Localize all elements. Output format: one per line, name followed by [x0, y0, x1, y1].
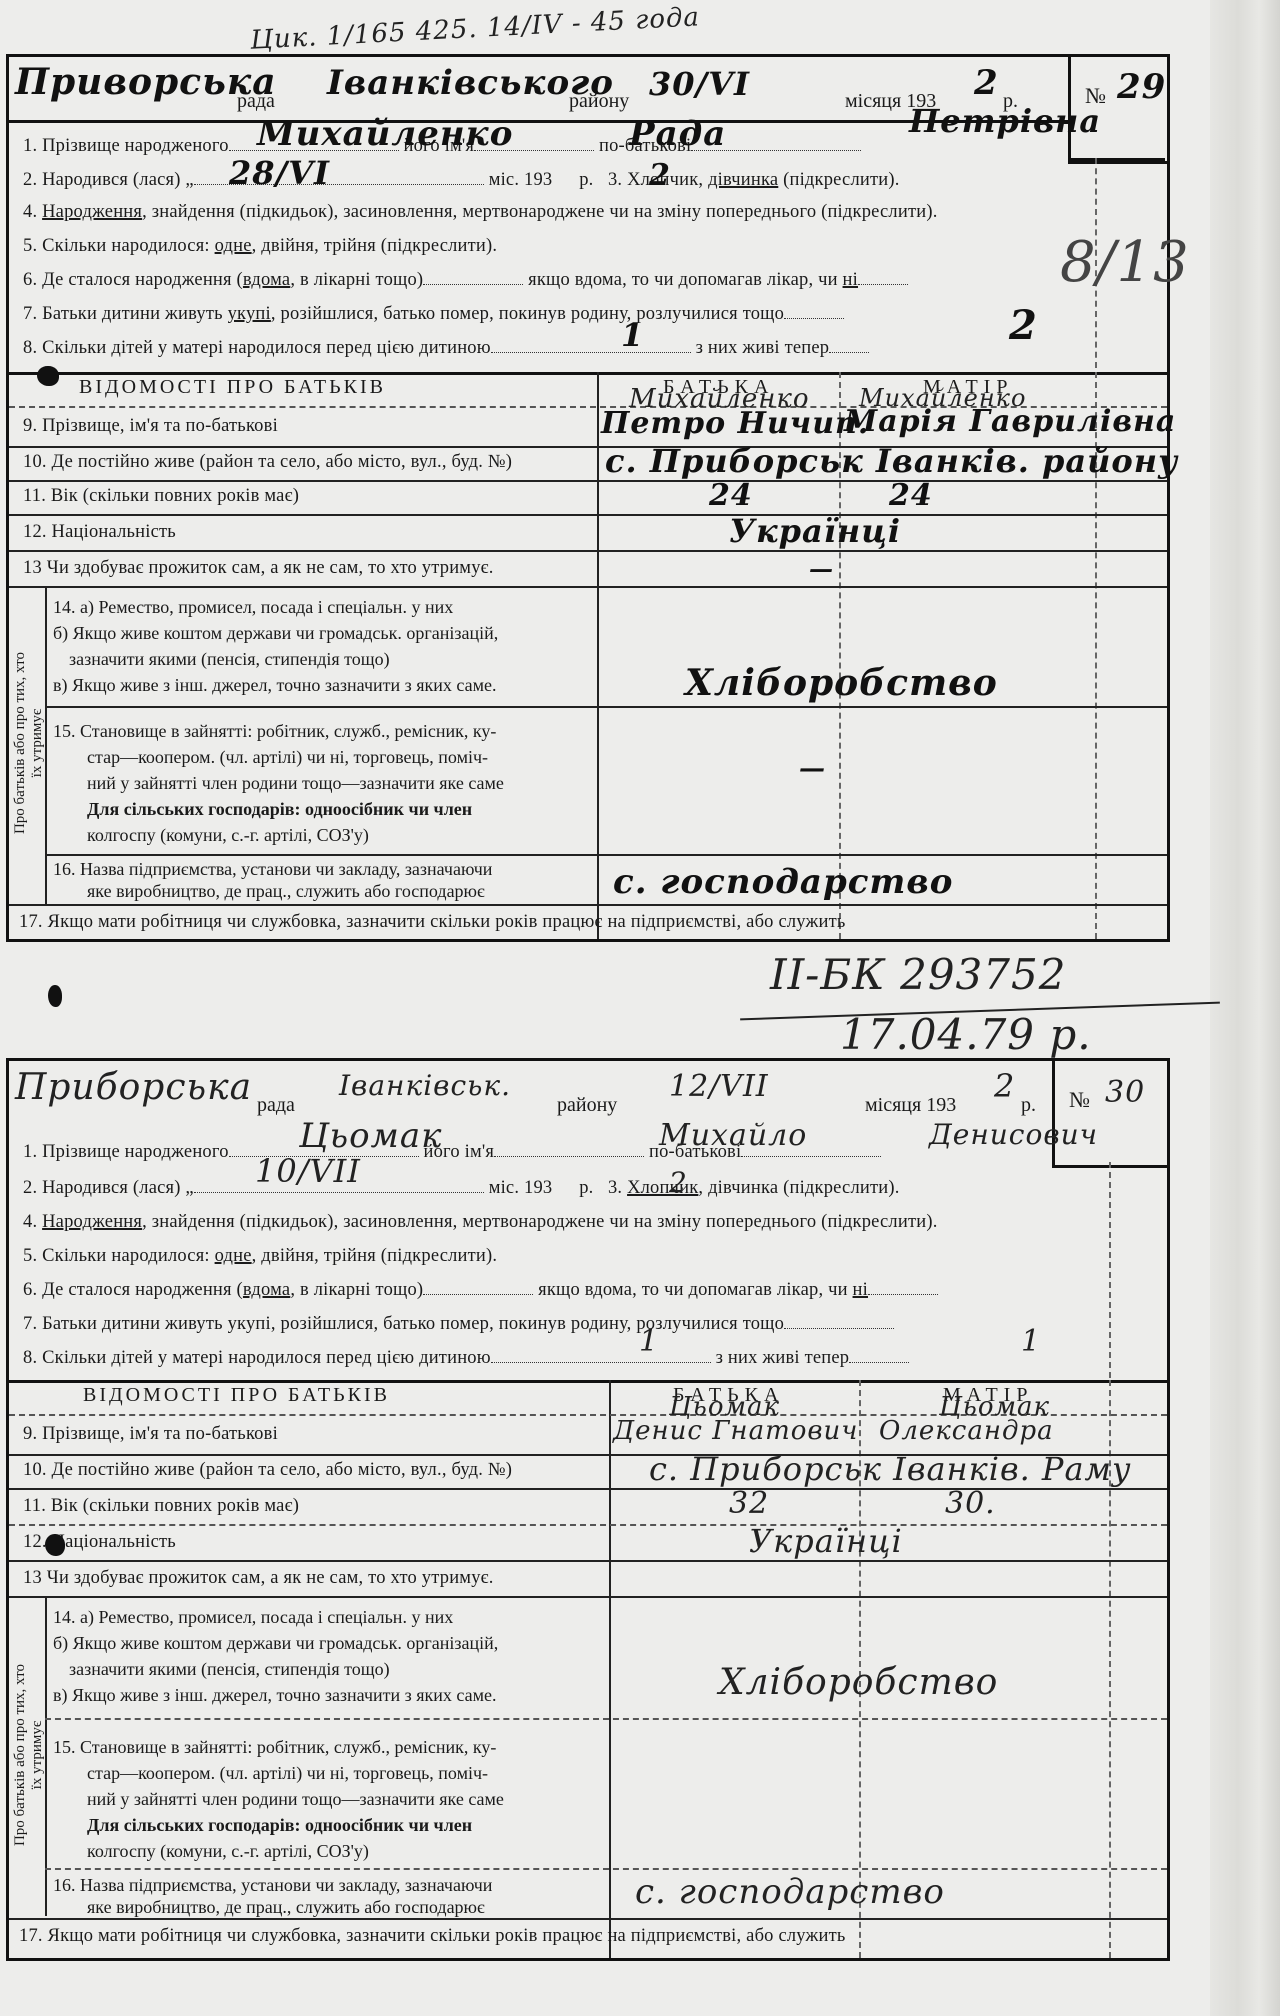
q15-line3: ний у зайнятті член родини тощо—зазначит…	[53, 770, 593, 796]
nationality: Українці	[749, 1522, 903, 1560]
side-label: Про батьків або про тих, хто їх утримує	[12, 583, 46, 903]
date-value: 12/VII	[669, 1069, 769, 1104]
q4-row: 4. Народження, знайдення (підкидьок), за…	[23, 202, 938, 223]
q7-rest: , розійшлися, батько помер, покинув роди…	[271, 304, 784, 324]
q7-together-underlined: укупі	[228, 304, 271, 324]
q15-line5: колгоспу (комуни, с.-г. артілі, СОЗ'у)	[53, 1838, 603, 1864]
q7-prefix: Батьки дитини живуть	[42, 1314, 223, 1334]
form-record-30: Приборська рада Іванківськ. району 12/VI…	[6, 1058, 1170, 1961]
q14-block: 14. а) Ремество, промисел, посада і спец…	[53, 1604, 603, 1708]
q2-row: 2. Народився (лася) „ міс. 193 р. 3. Хло…	[23, 170, 900, 191]
q11-row: 11. Вік (скільки повних років має)	[23, 486, 299, 507]
q12-row: 12. Національність	[23, 522, 176, 543]
q1-surname-label: 1. Прізвище народженого	[23, 136, 229, 156]
q5-rest: , двійня, трійня (підкреслити).	[252, 236, 498, 256]
side-label-line1: Про батьків або про тих, хто	[12, 1595, 29, 1915]
q3-girl: дівчинка	[708, 1178, 778, 1198]
q6-num: 6.	[23, 1280, 37, 1300]
col-divider	[609, 1380, 611, 1958]
child-name: Михайло	[659, 1118, 807, 1153]
form-record-29: Приворська рада Іванківського району 30/…	[6, 54, 1170, 942]
divider	[45, 1718, 1167, 1720]
birth-year-digit: 2	[669, 1166, 688, 1199]
month-year-label: місяця 193	[865, 1094, 956, 1117]
raion-label: району	[569, 90, 629, 113]
margin-annotation: 8/13	[1060, 230, 1190, 295]
child-surname: Михайленко	[257, 114, 513, 154]
q5-num: 5.	[23, 236, 37, 256]
q16-line1: 16. Назва підприємства, установи чи закл…	[53, 858, 593, 880]
certificate-date: 17.04.79 р.	[840, 1010, 1092, 1059]
q13-row: 13 Чи здобуває прожиток сам, а як не сам…	[23, 558, 494, 579]
birth-date: 28/VI	[229, 154, 330, 192]
q15-mark: —	[799, 754, 826, 784]
q6-no-underlined: ні	[843, 270, 858, 290]
q5-row: 5. Скільки народилося: одне, двійня, трі…	[23, 236, 497, 257]
divider	[9, 1380, 1167, 1383]
q10-row: 10. Де постійно живе (район та село, або…	[23, 452, 512, 473]
q9-row: 9. Прізвище, ім'я та по-батькові	[23, 416, 278, 437]
divider	[9, 1524, 1167, 1526]
q5-one-underlined: одне	[215, 236, 252, 256]
q2-suffix: р.	[579, 170, 593, 190]
q2-label: 2. Народився (лася)	[23, 170, 181, 190]
record-number-box: № 30	[1052, 1058, 1167, 1168]
workplace: с. господарство	[613, 862, 953, 902]
q8-before-value: 1	[621, 316, 644, 354]
nationality: Українці	[729, 512, 901, 550]
q15-block: 15. Становище в зайнятті: робітник, служ…	[53, 718, 593, 848]
q2-month-label: міс. 193	[489, 1178, 553, 1198]
divider	[9, 1596, 1167, 1598]
father-age: 32	[729, 1486, 769, 1521]
q8-before-value: 1	[639, 1324, 659, 1359]
record-number: 30	[1105, 1075, 1145, 1110]
q6-tail: якщо вдома, то чи допомагав лікар, чи	[538, 1280, 848, 1300]
q14b-line2: зазначити якими (пенсія, стипендія тощо)	[53, 1656, 603, 1682]
q4-rest: , знайдення (підкидьок), засиновлення, м…	[142, 1212, 937, 1232]
q3-tail: (підкреслити).	[783, 1178, 899, 1198]
divider	[9, 904, 1167, 906]
number-label: №	[1069, 1087, 1090, 1113]
q14b-line2: зазначити якими (пенсія, стипендія тощо)	[53, 646, 593, 672]
q14a: 14. а) Ремество, промисел, посада і спец…	[53, 1604, 603, 1630]
birth-year-digit: 2	[649, 158, 671, 193]
q14b-line1: б) Якщо живе коштом держави чи громадськ…	[53, 1630, 603, 1656]
q7-row: 7. Батьки дитини живуть укупі, розійшлис…	[23, 1314, 894, 1335]
q14c: в) Якщо живе з інш. джерел, точно зазнач…	[53, 672, 593, 698]
q14b-line1: б) Якщо живе коштом держави чи громадськ…	[53, 620, 593, 646]
q2-row: 2. Народився (лася) „ міс. 193 р. 3. Хло…	[23, 1178, 900, 1199]
q4-num: 4.	[23, 202, 37, 222]
ink-blot	[45, 1534, 65, 1556]
divider	[45, 706, 1167, 708]
q6-tail: якщо вдома, то чи допомагав лікар, чи	[528, 270, 838, 290]
q5-prefix: Скільки народилося:	[42, 236, 210, 256]
q6-num: 6.	[23, 270, 37, 290]
q2-label: 2. Народився (лася)	[23, 1178, 181, 1198]
birth-date: 10/VII	[255, 1152, 361, 1190]
q6-mid: , в лікарні тощо)	[290, 1280, 423, 1300]
divider	[9, 1918, 1167, 1920]
q14a: 14. а) Ремество, промисел, посада і спец…	[53, 594, 593, 620]
residence: с. Приборськ Іванків. Раму	[649, 1450, 1132, 1488]
q16-line2: яке виробництво, де прац., служить або г…	[53, 1896, 603, 1918]
mother-name: Марія Гаврилівна	[844, 404, 1176, 439]
q3-label: 3.	[608, 170, 622, 190]
q6-prefix: Де сталося народження (	[42, 270, 243, 290]
form-header: Приборська рада Іванківськ. району 12/VI…	[9, 1058, 1069, 1129]
q8-label: 8. Скільки дітей у матері народилося пер…	[23, 1348, 491, 1368]
q1-surname-label: 1. Прізвище народженого	[23, 1142, 229, 1162]
father-age: 24	[709, 478, 753, 513]
q2-month-label: міс. 193	[489, 170, 553, 190]
q3-label: 3.	[608, 1178, 622, 1198]
side-label: Про батьків або про тих, хто їх утримує	[12, 1595, 46, 1915]
q6-row: 6. Де сталося народження (вдома, в лікар…	[23, 270, 908, 291]
q16-line2: яке виробництво, де прац., служить або г…	[53, 880, 593, 902]
divider	[1109, 1162, 1111, 1378]
mother-age: 30.	[945, 1486, 996, 1521]
mother-name: Олександра	[879, 1416, 1054, 1446]
top-annotation: Цик. 1/165 425. 14/IV - 45 года	[250, 2, 701, 56]
year-digit: 2	[994, 1067, 1015, 1105]
divider	[9, 550, 1167, 552]
record-number: 29	[1117, 67, 1166, 107]
q15-block: 15. Становище в зайнятті: робітник, служ…	[53, 1734, 603, 1864]
raion-label: району	[557, 1094, 617, 1117]
q15-line3: ний у зайнятті член родини тощо—зазначит…	[53, 1786, 603, 1812]
q14-block: 14. а) Ремество, промисел, посада і спец…	[53, 594, 593, 698]
certificate-number: ІІ-БК 293752	[770, 950, 1066, 999]
divider	[9, 586, 1167, 588]
q6-home-underlined: вдома	[243, 270, 290, 290]
q6-home-underlined: вдома	[243, 1280, 290, 1300]
section-title: ВІДОМОСТІ ПРО БАТЬКІВ	[83, 1384, 390, 1407]
q4-row: 4. Народження, знайдення (підкидьок), за…	[23, 1212, 938, 1233]
year-digit: 2	[974, 63, 999, 103]
q15-line2: стар—коопером. (чл. артілі) чи ні, торго…	[53, 744, 593, 770]
q7-row: 7. Батьки дитини живуть укупі, розійшлис…	[23, 304, 844, 325]
q17-row: 17. Якщо мати робітниця чи службовка, за…	[19, 1926, 846, 1947]
workplace: с. господарство	[635, 1872, 945, 1912]
q15-line4: Для сільських господарів: одноосібник чи…	[53, 1812, 603, 1838]
q7-prefix: Батьки дитини живуть	[42, 304, 223, 324]
q3-girl-underlined: дівчинка	[708, 170, 778, 190]
rada-label: рада	[257, 1094, 295, 1117]
father-name: Петро Ничип.	[601, 406, 869, 441]
child-name: Рада	[629, 114, 726, 154]
q16-block: 16. Назва підприємства, установи чи закл…	[53, 1870, 603, 1918]
q15-line4: Для сільських господарів: одноосібник чи…	[53, 796, 593, 822]
divider	[9, 480, 1167, 482]
father-name: Денис Гнатович	[613, 1416, 858, 1446]
q8-row: 8. Скільки дітей у матері народилося пер…	[23, 338, 869, 359]
q8-alive-label: з них живі тепер	[696, 338, 830, 358]
q5-row: 5. Скільки народилося: одне, двійня, трі…	[23, 1246, 497, 1267]
rada-label: рада	[237, 90, 275, 113]
divider	[9, 514, 1167, 516]
child-patronymic: Петрівна	[909, 102, 1101, 140]
q8-row: 8. Скільки дітей у матері народилося пер…	[23, 1348, 909, 1369]
paper-edge	[1210, 0, 1280, 2016]
q8-alive-value: 1	[1021, 1324, 1041, 1359]
q4-rest: , знайдення (підкидьок), засиновлення, м…	[142, 202, 937, 222]
q16-line1: 16. Назва підприємства, установи чи закл…	[53, 1874, 603, 1896]
q16-block: 16. Назва підприємства, установи чи закл…	[53, 854, 593, 902]
q5-one-underlined: одне	[215, 1246, 252, 1266]
child-patronymic: Денисович	[929, 1118, 1098, 1151]
q3-tail: (підкреслити).	[783, 170, 899, 190]
raion-value: Іванківськ.	[339, 1069, 511, 1102]
side-label-line2: їх утримує	[29, 583, 46, 903]
q4-birth-underlined: Народження	[42, 202, 142, 222]
q8-alive-label: з них живі тепер	[716, 1348, 850, 1368]
mother-age: 24	[889, 478, 933, 513]
q17-row: 17. Якщо мати робітниця чи службовка, за…	[19, 912, 846, 933]
side-label-line1: Про батьків або про тих, хто	[12, 583, 29, 903]
q7-rest: , розійшлися, батько помер, покинув роди…	[271, 1314, 784, 1334]
q6-mid: , в лікарні тощо)	[290, 270, 423, 290]
divider	[9, 1560, 1167, 1562]
divider	[9, 372, 1167, 375]
q9-row: 9. Прізвище, ім'я та по-батькові	[23, 1424, 278, 1445]
section-title: ВІДОМОСТІ ПРО БАТЬКІВ	[79, 376, 386, 399]
date-value: 30/VI	[649, 65, 750, 103]
side-label-line2: їх утримує	[29, 1595, 46, 1915]
q4-birth-underlined: Народження	[42, 1212, 142, 1232]
q6-prefix: Де сталося народження (	[42, 1280, 243, 1300]
q11-row: 11. Вік (скільки повних років має)	[23, 1496, 299, 1517]
ink-blot	[48, 985, 62, 1007]
q15-line2: стар—коопером. (чл. артілі) чи ні, торго…	[53, 1760, 603, 1786]
q6-no-underlined: ні	[853, 1280, 868, 1300]
q14c: в) Якщо живе з інш. джерел, точно зазнач…	[53, 1682, 603, 1708]
q5-rest: , двійня, трійня (підкреслити).	[252, 1246, 498, 1266]
q10-row: 10. Де постійно живе (район та село, або…	[23, 1460, 512, 1481]
ink-blot	[37, 366, 59, 386]
q15-line5: колгоспу (комуни, с.-г. артілі, СОЗ'у)	[53, 822, 593, 848]
q7-together: укупі	[228, 1314, 271, 1334]
year-suffix: р.	[1021, 1094, 1036, 1117]
occupation: Хліборобство	[685, 662, 998, 704]
divider	[1069, 158, 1165, 161]
q15-line1: 15. Становище в зайнятті: робітник, служ…	[53, 718, 593, 744]
residence: с. Приборськ Іванків. району	[605, 442, 1178, 480]
q6-row: 6. Де сталося народження (вдома, в лікар…	[23, 1280, 938, 1301]
q8-label: 8. Скільки дітей у матері народилося пер…	[23, 338, 491, 358]
q13-mark: —	[809, 554, 834, 583]
q13-row: 13 Чи здобуває прожиток сам, а як не сам…	[23, 1568, 494, 1589]
occupation: Хліборобство	[719, 1662, 998, 1703]
q15-line1: 15. Становище в зайнятті: робітник, служ…	[53, 1734, 603, 1760]
q2-suffix: р.	[579, 1178, 593, 1198]
q7-num: 7.	[23, 304, 37, 324]
rada-value: Приборська	[15, 1067, 252, 1108]
q5-prefix: Скільки народилося:	[42, 1246, 210, 1266]
q7-num: 7.	[23, 1314, 37, 1334]
child-surname: Цьомак	[299, 1116, 442, 1156]
q8-alive-value: 2	[1009, 302, 1038, 349]
q4-num: 4.	[23, 1212, 37, 1232]
q5-num: 5.	[23, 1246, 37, 1266]
